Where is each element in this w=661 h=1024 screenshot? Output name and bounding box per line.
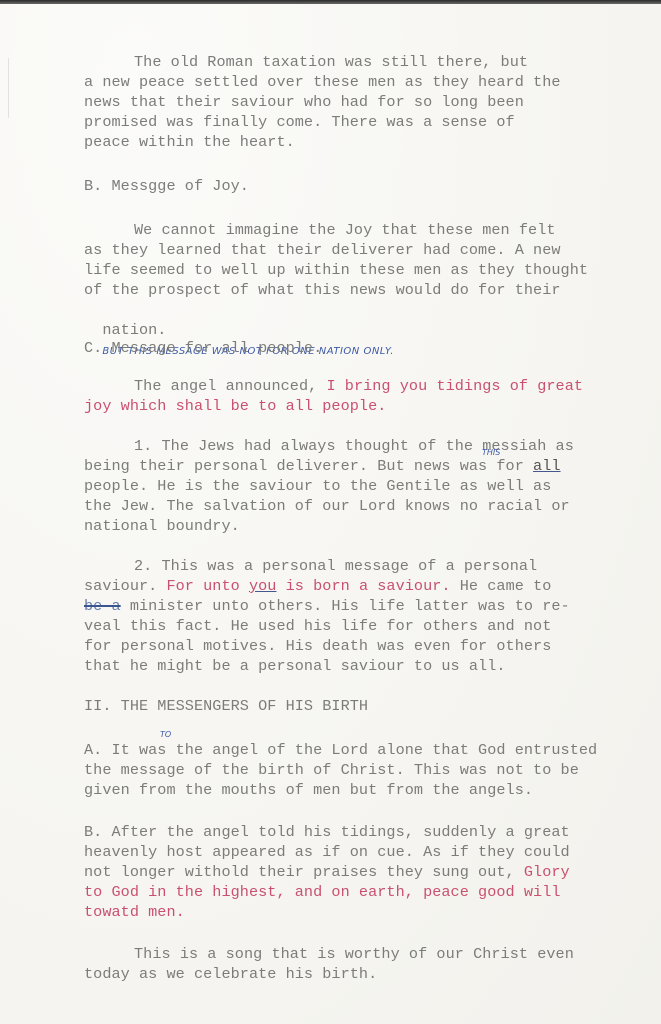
- point-a-line-3: given from the mouths of men but from th…: [84, 780, 533, 800]
- point2-line-1: 2. This was a personal message of a pers…: [134, 556, 537, 576]
- para1-line-1: The old Roman taxation was still there, …: [134, 52, 528, 72]
- para1-line-3: news that their saviour who had for so l…: [84, 92, 524, 112]
- point-b-line-3a: not longer withold their praises they su…: [84, 863, 524, 881]
- para1-line-2: a new peace settled over these men as th…: [84, 72, 561, 92]
- point2-line-4: veal this fact. He used his life for oth…: [84, 616, 551, 636]
- section-b-last-typed: nation.: [102, 321, 166, 339]
- point-b-line-5: towatd men.: [84, 902, 185, 922]
- quote-underlined-you: you: [249, 577, 277, 595]
- closing-line-1: This is a song that is worthy of our Chr…: [134, 944, 574, 964]
- para1-line-5: peace within the heart.: [84, 132, 295, 152]
- glory-quote-start: Glory: [524, 863, 570, 881]
- point1-line-5: national boundry.: [84, 516, 240, 536]
- point-a-line-1: A. It was the angel of the Lord alone th…: [84, 740, 597, 760]
- point2-line-3-text: minister unto others. His life latter wa…: [121, 597, 570, 615]
- point2-line-5: for personal motives. His death was even…: [84, 636, 551, 656]
- point2-line-6: that he might be a personal saviour to u…: [84, 656, 506, 676]
- section-b-heading: B. Messgge of Joy.: [84, 176, 249, 196]
- point1-line-1: 1. The Jews had always thought of the me…: [134, 436, 574, 456]
- point-a-line-1a: A. It was: [84, 741, 166, 759]
- point1-line-4: the Jew. The salvation of our Lord knows…: [84, 496, 570, 516]
- point2-line-3: be a minister unto others. His life latt…: [84, 596, 570, 616]
- para1-line-4: promised was finally come. There was a s…: [84, 112, 515, 132]
- section-ii-heading: II. THE MESSENGERS OF HIS BIRTH: [84, 696, 368, 716]
- point2-line-2: saviour. For unto you is born a saviour.…: [84, 576, 551, 596]
- point2-line-2a: saviour.: [84, 577, 166, 595]
- point1-line-2a: being their personal deliverer. But: [84, 457, 414, 475]
- scripture-quote: I bring you tidings of great: [326, 377, 583, 395]
- point1-line-3: people. He is the saviour to the Gentile…: [84, 476, 551, 496]
- point1-line-2: being their personal deliverer. But news…: [84, 456, 561, 476]
- section-c-intro-line-2: joy which shall be to all people.: [84, 396, 386, 416]
- paper-fold-mark: [8, 30, 49, 119]
- insert-note-to: TO: [160, 730, 171, 739]
- section-b-line-2: as they learned that their deliverer had…: [84, 240, 561, 260]
- point-a-line-1b: the angel of the Lord alone that God ent…: [166, 741, 597, 759]
- intro-typed: The angel announced,: [134, 377, 326, 395]
- section-c-heading: C. Message for all people.: [84, 338, 322, 358]
- point-b-line-4: to God in the highest, and on earth, pea…: [84, 882, 561, 902]
- point-b-line-3: not longer withold their praises they su…: [84, 862, 570, 882]
- section-c-intro-line-1: The angel announced, I bring you tidings…: [134, 376, 583, 396]
- point1-line-2b: news was for: [414, 457, 533, 475]
- quote-part-a: For unto: [166, 577, 248, 595]
- section-b-line-1: We cannot immagine the Joy that these me…: [134, 220, 556, 240]
- section-b-line-3: life seemed to well up within these men …: [84, 260, 588, 280]
- point-b-line-1: B. After the angel told his tidings, sud…: [84, 822, 570, 842]
- quote-part-c: is born a saviour.: [276, 577, 450, 595]
- point-a-line-2: the message of the birth of Christ. This…: [84, 760, 579, 780]
- closing-line-2: today as we celebrate his birth.: [84, 964, 377, 984]
- point-b-line-2: heavenly host appeared as if on cue. As …: [84, 842, 570, 862]
- underlined-all: all: [533, 457, 561, 475]
- point2-line-2b: He came to: [451, 577, 552, 595]
- section-b-line-4: of the prospect of what this news would …: [84, 280, 561, 300]
- struck-text: be a: [84, 597, 121, 615]
